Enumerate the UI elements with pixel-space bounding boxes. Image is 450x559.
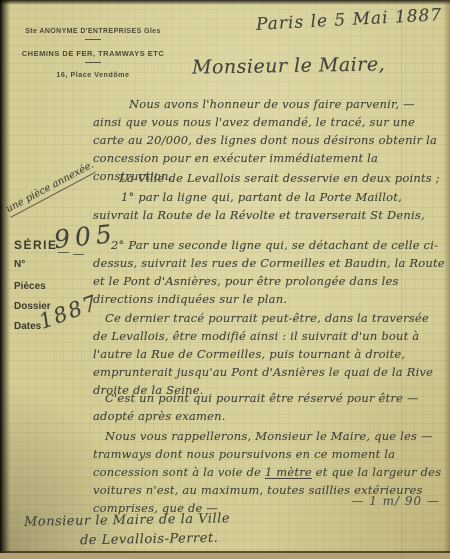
scan-edge-top [0,0,450,5]
letterhead-business-line: CHEMINS DE FER, TRAMWAYS ETC [12,49,174,58]
stamp-numero-label: N° [14,259,25,270]
salutation: Monsieur le Maire, [192,53,386,78]
stamp-serie-label: SÉRIE [14,238,58,252]
body-paragraph-2: La Ville de Levallois serait desservie e… [93,169,447,187]
stamp-dates-label: Dates [14,321,41,332]
addressee-line-1: Monsieur le Maire de la Ville [24,511,230,530]
underline-mark [58,252,69,253]
body-paragraph-3: 1° par la ligne qui, partant de la Porte… [93,188,447,224]
body-paragraph-5: Ce dernier tracé pourrait peut-être, dan… [93,309,447,399]
margin-annex-note: une pièce annexée. [4,160,95,217]
underline-mark [73,254,84,255]
letterhead-company: Ste ANONYME D'ENTREPRISES Gles [12,28,174,35]
divider-rule [85,62,101,63]
divider-rule [85,39,101,40]
scan-edge-left [0,0,10,559]
addressee-line-2: de Levallois-Perret. [80,531,219,548]
gauge-width-underlined: 1 mètre [265,465,312,479]
letterhead-address: 16, Place Vendôme [12,72,174,79]
letterhead: Ste ANONYME D'ENTREPRISES Gles CHEMINS D… [12,28,174,79]
measure-note: — 1 m/ 90 — [320,494,440,508]
stamp-pieces-label: Pièces [14,281,46,292]
dateline: Paris le 5 Mai 1887 [256,5,443,35]
body-paragraph-6: C'est un point qui pourrait être réservé… [93,389,447,425]
dates-year-handwritten: 1887 [36,290,102,334]
scanned-letter-page: Ste ANONYME D'ENTREPRISES Gles CHEMINS D… [0,0,450,559]
paper-bottom-edge [0,551,450,559]
body-paragraph-4: 2° Par une seconde ligne qui, se détacha… [93,236,447,308]
